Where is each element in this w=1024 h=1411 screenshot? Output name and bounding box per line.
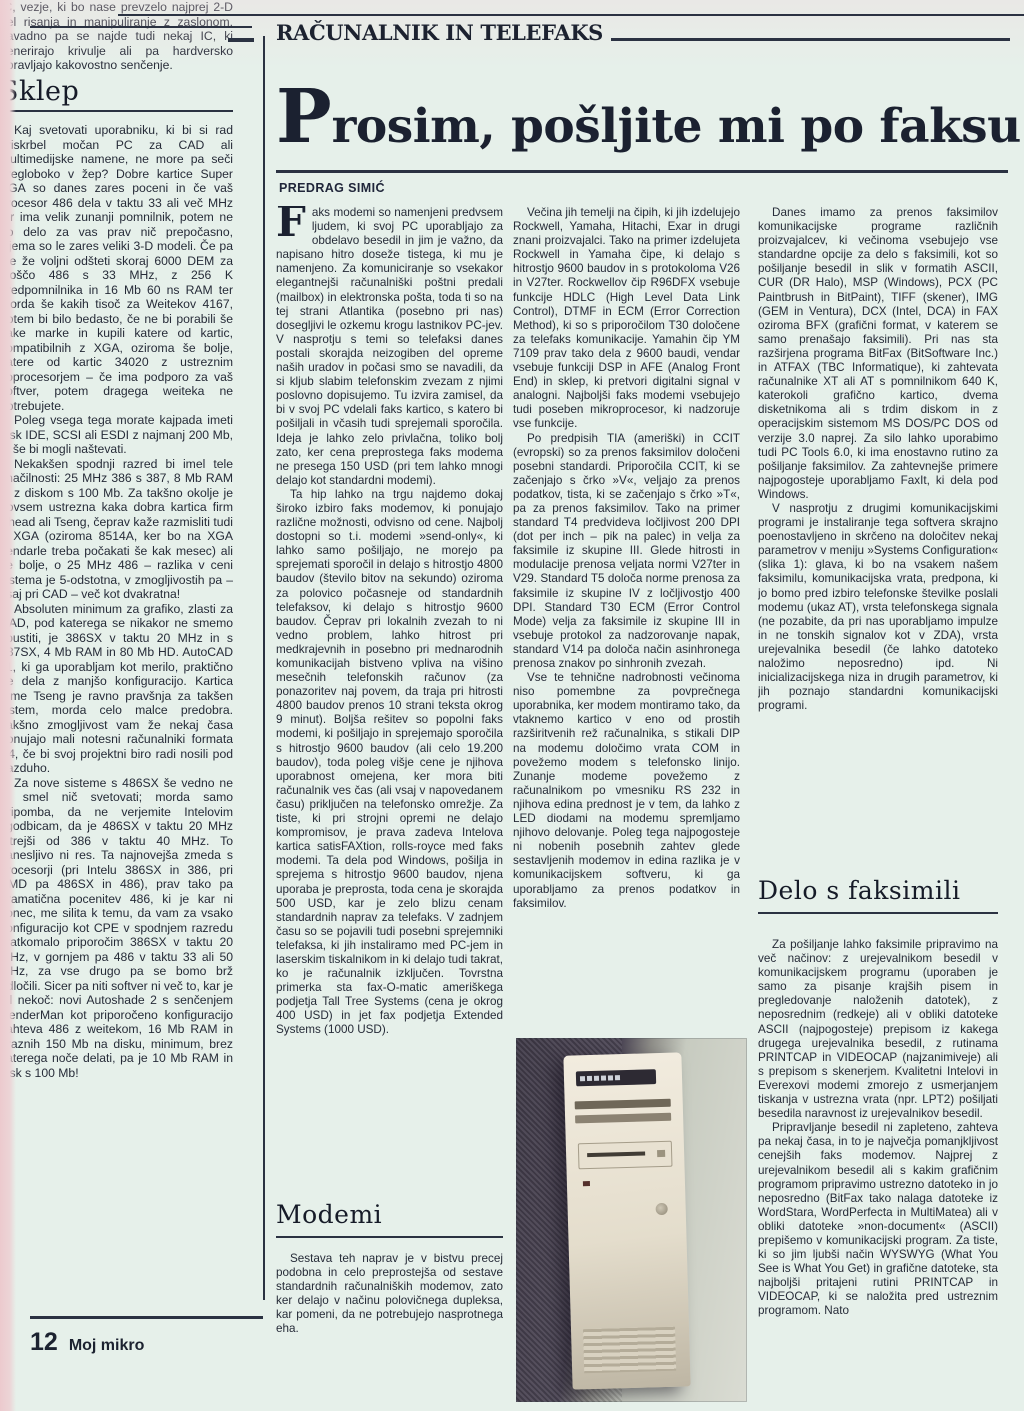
vent-grille [583, 1327, 676, 1374]
section-heading-modemi-block: Modemi [276, 1200, 503, 1238]
article-column-1-cont: Sestava teh naprav je v bistvu precej po… [276, 1252, 503, 1352]
left-paragraph: Nekakšen spodnji razred bi imel tele zna… [0, 457, 233, 602]
article-column-3-cont: Za pošiljanje lahko faksimile pripravimo… [758, 938, 998, 1404]
article-paragraph: V nasprotju z drugimi komunikacijskimi p… [758, 502, 998, 713]
left-paragraph: Kaj svetovati uporabniku, ki bi si rad p… [0, 123, 233, 413]
article-paragraph: Za pošiljanje lahko faksimile pripravimo… [758, 938, 998, 1121]
tower-badge [576, 1069, 656, 1086]
tower-case [563, 1052, 690, 1389]
floppy-eject-button [657, 1150, 665, 1157]
article-paragraph: Ta hip lahko na trgu najdemo dokaj širok… [276, 488, 503, 1038]
title-drop-initial: P [276, 74, 332, 160]
drop-cap: F [276, 207, 306, 237]
section-heading-delo-block: Delo s faksimili [758, 876, 998, 914]
computer-tower-photo [516, 1038, 747, 1402]
left-paragraph: Absoluten minimum za grafiko, zlasti za … [0, 602, 233, 776]
article-paragraph: Faks modemi so namenjeni predvsem ljudem… [276, 206, 503, 488]
keylock [656, 1203, 668, 1215]
drive-bay-slot [575, 1113, 671, 1124]
left-top-rule [30, 26, 252, 28]
article-paragraph: Sestava teh naprav je v bistvu precej po… [276, 1252, 503, 1337]
page-footer: 12 Moj mikro [30, 1328, 144, 1357]
article-column-3: Danes imamo za prenos faksimilov komunik… [758, 206, 998, 868]
page-number: 12 [30, 1328, 58, 1357]
article-paragraph: Pripravljanje besedil ni zapleteno, zaht… [758, 1121, 998, 1318]
left-paragraph: Poleg vsega tega morate kajpada imeti di… [0, 413, 233, 457]
scan-edge-tint [0, 0, 16, 1411]
top-rule [118, 14, 1024, 16]
floppy-slot [587, 1151, 645, 1157]
section-header-rule [611, 38, 1010, 41]
left-top-dash [228, 38, 254, 42]
article-paragraph: Vse te tehnične nadrobnosti večinoma nis… [513, 671, 740, 911]
magazine-name: Moj mikro [69, 1337, 145, 1355]
section-heading-sklep-block: Sklep [0, 85, 233, 113]
section-heading-delo-s-faksimili: Delo s faksimili [758, 876, 960, 905]
title-underline-rule [276, 170, 1008, 173]
magazine-page: { "page": { "section_header": "RAČUNALNI… [0, 0, 1024, 1411]
article-column-1: Faks modemi so namenjeni predvsem ljudem… [276, 206, 503, 1196]
column-divider-rule [263, 36, 265, 1300]
power-led [583, 1181, 590, 1186]
left-column-body: Kaj svetovati uporabniku, ki bi si rad p… [0, 123, 233, 1163]
section-header: RAČUNALNIK IN TELEFAKS [276, 20, 1010, 45]
section-heading-modemi: Modemi [276, 1200, 382, 1229]
left-column: IC, vezje, ki bo nase prevzelo najprej 2… [0, 0, 233, 1163]
section-header-label: RAČUNALNIK IN TELEFAKS [276, 20, 603, 45]
article-paragraph: Večina jih temelji na čipih, ki jih izde… [513, 206, 740, 432]
article-title: Prosim, pošljite mi po faksu [276, 80, 1012, 154]
left-column-bottom-rule [30, 1316, 263, 1319]
article-column-2: Večina jih temelji na čipih, ki jih izde… [513, 206, 740, 1030]
byline: PREDRAG SIMIĆ [279, 181, 385, 195]
article-paragraph: Po predpisih TIA (ameriški) in CCIT (evr… [513, 432, 740, 672]
left-paragraph: Za nove sisteme s 486SX še vedno ne bi s… [0, 776, 233, 1081]
article-paragraph: Danes imamo za prenos faksimilov komunik… [758, 206, 998, 502]
title-text: rosim, pošljite mi po faksu [332, 99, 1021, 154]
floppy-drive [578, 1141, 673, 1170]
drive-bay-slot [575, 1099, 671, 1110]
